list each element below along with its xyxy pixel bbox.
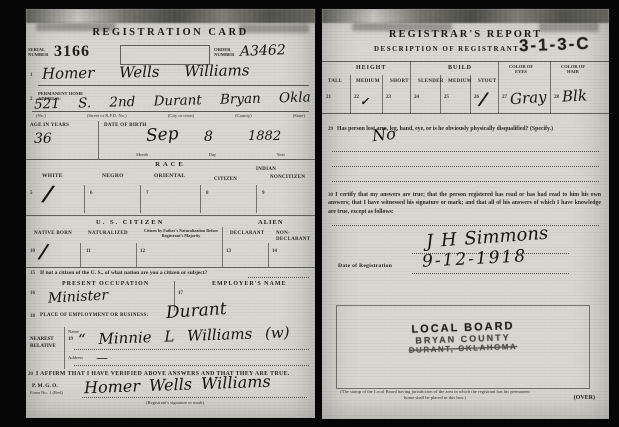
eyes-header: COLOR OF EYES bbox=[504, 64, 538, 74]
relative-divider bbox=[64, 327, 65, 369]
citizen-divider bbox=[222, 227, 223, 267]
build-stout-number: 26 bbox=[474, 95, 479, 100]
citizen-divider bbox=[80, 243, 81, 267]
form-code-line2: Form No. 1 (Red) bbox=[30, 390, 63, 395]
build-slender-number: 24 bbox=[414, 95, 419, 100]
date-of-registration-label: Date of Registration bbox=[338, 263, 392, 269]
address-sub-county: (County) bbox=[235, 113, 252, 118]
relative-address-value: — bbox=[96, 351, 108, 365]
address-sub-no: (No.) bbox=[36, 113, 46, 118]
order-number-label: ORDER NUMBER bbox=[214, 47, 240, 57]
dob-month-value: Sep bbox=[145, 124, 179, 146]
citizen-native-born-checkmark: / bbox=[39, 239, 49, 264]
field-30-number: 30 bbox=[328, 193, 333, 198]
height-short-label: Short bbox=[390, 79, 409, 85]
citizen-bottom-rule bbox=[26, 267, 315, 268]
blank-line bbox=[332, 151, 599, 152]
q30-certification-text: I certify that my answers are true; that… bbox=[328, 192, 601, 215]
race-col-oriental-number: 7 bbox=[146, 191, 149, 196]
order-number-value: A3462 bbox=[240, 42, 286, 60]
alien-header: ALIEN bbox=[258, 219, 284, 226]
address-sub-state: (State) bbox=[293, 113, 305, 118]
date-rule bbox=[412, 273, 569, 274]
description-top-rule bbox=[322, 61, 609, 62]
dob-label: Date of Birth bbox=[104, 123, 147, 129]
field-15-number: 15 bbox=[30, 271, 35, 276]
dob-sub-day: Day bbox=[209, 152, 217, 157]
field-19-number: 19 bbox=[68, 337, 73, 342]
citizen-divider bbox=[136, 243, 137, 267]
division-code-stamp: 3-1-3-C bbox=[519, 34, 591, 56]
dob-sub-year: Year bbox=[277, 152, 285, 157]
local-board-stamp-box: LOCAL BOARD BRYAN COUNTY DURANT, OKLAHOM… bbox=[336, 305, 590, 389]
race-divider bbox=[200, 185, 201, 213]
name-rule bbox=[38, 85, 309, 86]
height-medium-label: Medium bbox=[356, 79, 380, 85]
eyes-number: 27 bbox=[502, 95, 507, 100]
description-divider bbox=[350, 75, 351, 113]
citizen-col-13-number: 13 bbox=[226, 249, 231, 254]
citizen-col-10-number: 10 bbox=[30, 249, 35, 254]
alien-nondeclarant-label: Non-declarant bbox=[276, 231, 315, 243]
height-header: HEIGHT bbox=[356, 65, 386, 71]
race-col-citizen-label: Citizen bbox=[214, 177, 237, 183]
description-divider bbox=[470, 75, 471, 113]
race-bottom-rule bbox=[26, 215, 315, 216]
build-header: BUILD bbox=[448, 65, 472, 71]
scan-noise-band bbox=[26, 9, 315, 23]
field-17-number: 17 bbox=[178, 291, 183, 296]
scanned-draft-card: REGISTRATION CARD SERIAL NUMBER 3166 ORD… bbox=[0, 0, 619, 427]
eyes-value: Gray bbox=[509, 88, 547, 109]
place-of-employment-value: Durant bbox=[165, 299, 227, 323]
field-2-number: 2 bbox=[30, 97, 33, 102]
race-col-negro-label: Negro bbox=[102, 173, 124, 179]
height-medium-checkmark: ✓ bbox=[360, 95, 369, 108]
race-divider bbox=[84, 185, 85, 213]
citizen-col-11-number: 11 bbox=[86, 249, 91, 254]
employer-name-header: EMPLOYER'S NAME bbox=[212, 281, 287, 287]
height-tall-label: Tall bbox=[328, 79, 342, 85]
field-20-number: 20 bbox=[28, 372, 33, 377]
scan-noise-band bbox=[322, 9, 609, 23]
build-medium-label: Medium bbox=[448, 79, 472, 85]
q29-answer-value: No bbox=[371, 124, 396, 145]
blank-line bbox=[332, 225, 599, 226]
dob-sub-month: Month bbox=[136, 152, 148, 157]
stamp-box-caption: (The stamp of the Local Board having jur… bbox=[340, 389, 530, 401]
height-short-number: 23 bbox=[386, 95, 391, 100]
race-col-white-number: 5 bbox=[30, 191, 33, 196]
q29-text: Has person lost arm, leg, hand, eye, or … bbox=[337, 126, 553, 132]
age-dob-divider bbox=[98, 121, 99, 159]
citizen-naturalized-label: Naturalized bbox=[88, 231, 128, 237]
report-subtitle: DESCRIPTION OF REGISTRANT bbox=[374, 45, 519, 53]
race-white-checkmark: / bbox=[42, 181, 54, 208]
nation-answer-line bbox=[248, 277, 309, 278]
address-rule bbox=[32, 111, 309, 112]
field-18-number: 18 bbox=[30, 314, 35, 319]
citizen-by-father-label: Citizen by Father's Naturalization Befor… bbox=[142, 229, 220, 238]
serial-number-label: SERIAL NUMBER bbox=[28, 47, 54, 57]
height-medium-number: 22 bbox=[354, 95, 359, 100]
nearest-relative-label-line1: NEAREST bbox=[30, 337, 56, 344]
description-divider bbox=[382, 75, 383, 113]
registration-card-page: REGISTRATION CARD SERIAL NUMBER 3166 ORD… bbox=[26, 9, 315, 418]
citizen-col-12-number: 12 bbox=[140, 249, 145, 254]
us-citizen-header: U. S. CITIZEN bbox=[96, 219, 164, 226]
registrant-signature-sub-label: (Registrant's signature or mark) bbox=[146, 400, 204, 405]
date-of-registration-value: 9-12-1918 bbox=[422, 246, 528, 271]
serial-number-value: 3166 bbox=[54, 43, 90, 61]
page-title: REGISTRATION CARD bbox=[26, 27, 315, 38]
field-1-number: 1 bbox=[30, 73, 33, 78]
description-divider bbox=[440, 75, 441, 113]
registrars-report-page: REGISTRAR'S REPORT DESCRIPTION OF REGIST… bbox=[322, 9, 609, 419]
citizen-divider bbox=[268, 243, 269, 267]
hair-header: COLOR OF HAIR bbox=[556, 64, 590, 74]
registrant-name-value: Homer Wells Williams bbox=[42, 61, 250, 83]
nearest-relative-label-line2: RELATIVE bbox=[30, 344, 56, 351]
race-divider bbox=[140, 185, 141, 213]
present-occupation-header: PRESENT OCCUPATION bbox=[62, 281, 149, 287]
relative-name-rule bbox=[74, 349, 309, 350]
race-col-oriental-label: Oriental bbox=[154, 173, 185, 179]
race-col-negro-number: 6 bbox=[90, 191, 93, 196]
race-col-citizen-number: 8 bbox=[206, 191, 209, 196]
height-tall-number: 21 bbox=[326, 95, 331, 100]
address-sub-street: (Street or R.F.D. No.) bbox=[87, 113, 127, 118]
field-16-number: 16 bbox=[30, 291, 35, 296]
race-indian-group-label: Indian bbox=[256, 167, 276, 173]
alien-declarant-label: Declarant bbox=[230, 231, 264, 237]
build-stout-checkmark: / bbox=[479, 89, 488, 111]
description-divider bbox=[410, 61, 411, 113]
occupation-value: Minister bbox=[48, 287, 109, 306]
dob-year-value: 1882 bbox=[248, 129, 281, 144]
place-of-employment-label: PLACE OF EMPLOYMENT OR BUSINESS: bbox=[40, 313, 149, 319]
race-col-noncitizen-label: Noncitizen bbox=[270, 175, 305, 181]
relative-address-rule bbox=[74, 365, 309, 366]
age-value: 36 bbox=[34, 131, 52, 147]
description-bottom-rule bbox=[322, 113, 609, 114]
signature-rule bbox=[82, 397, 307, 398]
address-sub-city: (City or town) bbox=[168, 113, 194, 118]
citizen-native-born-label: Native Born bbox=[34, 231, 72, 237]
relative-name-value: “ Minnie L Williams (w) bbox=[78, 323, 290, 348]
citizen-col-14-number: 14 bbox=[272, 249, 277, 254]
build-stout-label: Stout bbox=[478, 79, 496, 85]
race-col-noncitizen-number: 9 bbox=[262, 191, 265, 196]
description-divider bbox=[498, 61, 499, 113]
dob-day-value: 8 bbox=[204, 129, 213, 145]
form-code-line1: P. M. G. O. bbox=[32, 383, 58, 389]
nearest-relative-block-label: NEAREST RELATIVE bbox=[30, 337, 56, 350]
nation-question-text: If not a citizen of the U. S., of what n… bbox=[40, 270, 207, 276]
description-divider bbox=[550, 61, 551, 113]
hair-value: Blk bbox=[562, 86, 588, 105]
race-divider bbox=[256, 185, 257, 213]
age-label: Age in Years bbox=[30, 123, 69, 129]
hair-number: 28 bbox=[554, 95, 559, 100]
relative-address-label: Address bbox=[68, 355, 83, 360]
build-medium-number: 25 bbox=[444, 95, 449, 100]
blank-line bbox=[332, 166, 599, 167]
race-col-white-label: White bbox=[42, 173, 63, 179]
over-label: (OVER) bbox=[574, 395, 595, 401]
blank-line bbox=[332, 181, 599, 182]
field-29-number: 29 bbox=[328, 127, 333, 132]
